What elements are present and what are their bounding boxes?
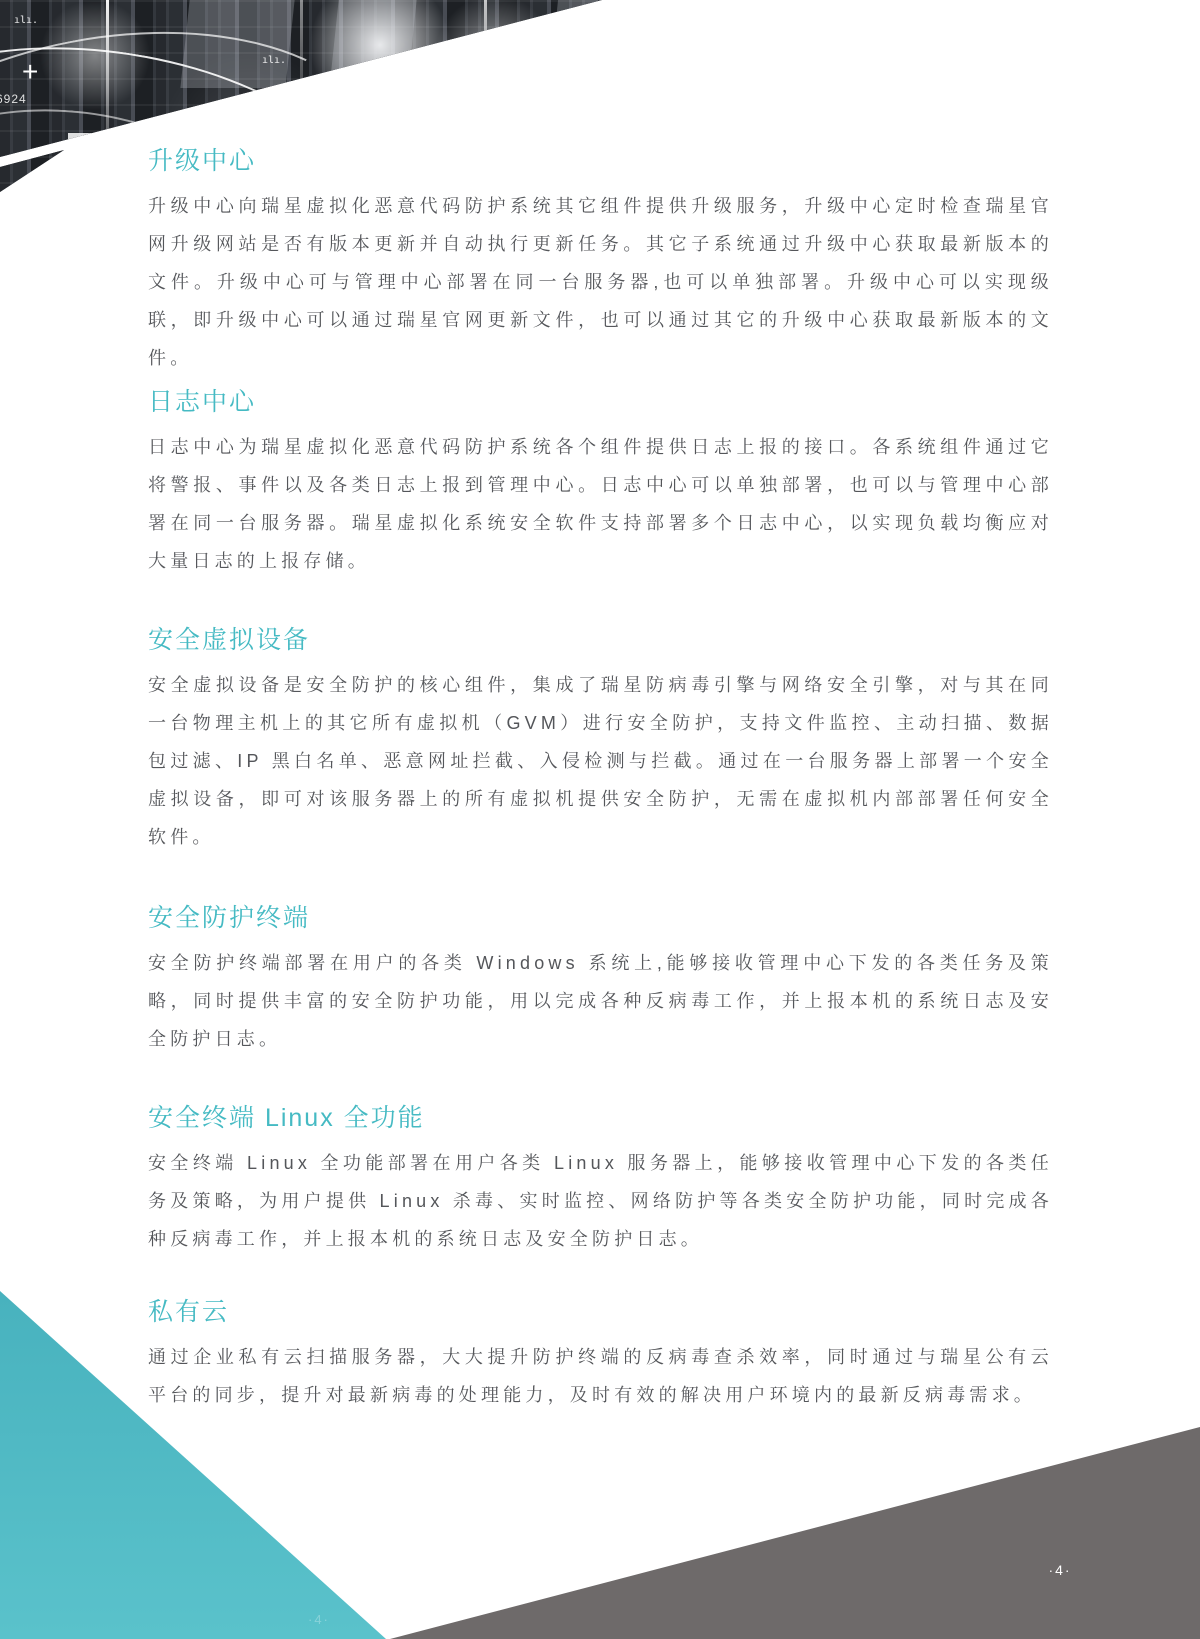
section-heading: 安全虚拟设备 — [148, 622, 1053, 658]
section-linux-endpoint: 安全终端 Linux 全功能 安全终端 Linux 全功能部署在用户各类 Lin… — [148, 1100, 1053, 1258]
section-heading: 日志中心 — [148, 384, 1053, 420]
photo-panel — [552, 0, 598, 58]
section-body: 日志中心为瑞星虚拟化恶意代码防护系统各个组件提供日志上报的接口。各系统组件通过它… — [148, 428, 1053, 580]
page-number: ·4· — [1036, 1562, 1084, 1578]
section-heading: 安全终端 Linux 全功能 — [148, 1100, 1053, 1136]
section-body: 安全虚拟设备是安全防护的核心组件，集成了瑞星防病毒引擎与网络安全引擎，对与其在同… — [148, 666, 1053, 856]
section-log-center: 日志中心 日志中心为瑞星虚拟化恶意代码防护系统各个组件提供日志上报的接口。各系统… — [148, 384, 1053, 580]
section-security-virtual-appliance: 安全虚拟设备 安全虚拟设备是安全防护的核心组件，集成了瑞星防病毒引擎与网络安全引… — [148, 622, 1053, 856]
window-light — [103, 133, 130, 157]
page-number-faint: ·4· — [308, 1612, 330, 1627]
light-streak — [484, 0, 487, 95]
section-body: 安全终端 Linux 全功能部署在用户各类 Linux 服务器上，能够接收管理中… — [148, 1144, 1053, 1258]
section-body: 升级中心向瑞星虚拟化恶意代码防护系统其它组件提供升级服务，升级中心定时检查瑞星官… — [148, 187, 1053, 377]
section-body: 通过企业私有云扫描服务器，大大提升防护终端的反病毒查杀效率，同时通过与瑞星公有云… — [148, 1338, 1053, 1414]
section-private-cloud: 私有云 通过企业私有云扫描服务器，大大提升防护终端的反病毒查杀效率，同时通过与瑞… — [148, 1294, 1053, 1414]
bar-chart-icon: ılı. — [262, 56, 286, 66]
document-page: + 6924 ılı. ılı. 升级中心 升级中心向瑞星虚拟化恶意代码防护系统… — [0, 0, 1200, 1639]
photo-panel — [331, 0, 416, 70]
section-heading: 私有云 — [148, 1294, 1053, 1330]
section-upgrade-center: 升级中心 升级中心向瑞星虚拟化恶意代码防护系统其它组件提供升级服务，升级中心定时… — [148, 143, 1053, 377]
section-heading: 升级中心 — [148, 143, 1053, 179]
bar-chart-icon: ılı. — [14, 16, 38, 26]
gray-corner-triangle — [390, 1427, 1200, 1639]
plus-icon: + — [22, 58, 38, 86]
section-security-endpoint: 安全防护终端 安全防护终端部署在用户的各类 Windows 系统上,能够接收管理… — [148, 900, 1053, 1058]
section-heading: 安全防护终端 — [148, 900, 1053, 936]
section-body: 安全防护终端部署在用户的各类 Windows 系统上,能够接收管理中心下发的各类… — [148, 944, 1053, 1058]
window-light — [68, 133, 98, 157]
photo-number-label: 6924 — [0, 92, 27, 106]
